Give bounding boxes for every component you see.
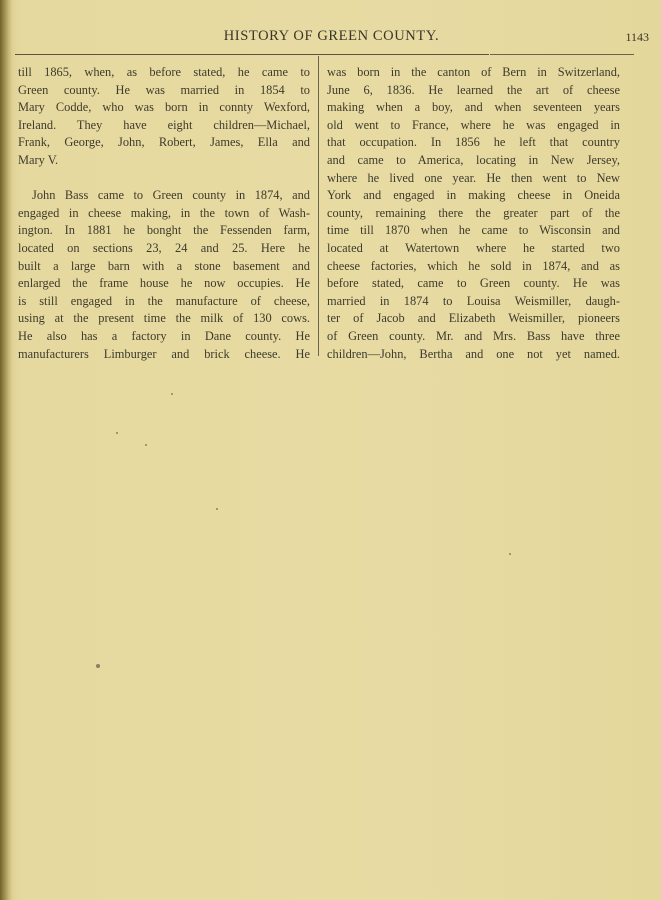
text-line: Mary V. bbox=[18, 152, 310, 170]
text-line: Green county. He was married in 1854 to bbox=[18, 82, 310, 100]
paper-speck bbox=[171, 393, 173, 395]
text-line: Mary Codde, who was born in connty Wexfo… bbox=[18, 99, 310, 117]
text-line: Ireland. They have eight children—Michae… bbox=[18, 117, 310, 135]
right-column: was born in the canton of Bern in Switze… bbox=[327, 64, 620, 363]
paper-speck bbox=[145, 444, 147, 446]
header-rule bbox=[15, 54, 489, 55]
text-line: enlarged the frame house he now occupies… bbox=[18, 275, 310, 293]
paper-speck bbox=[216, 508, 218, 510]
binding-gutter-shadow bbox=[0, 0, 12, 900]
text-line: is still engaged in the manufacture of c… bbox=[18, 293, 310, 311]
text-line: located at Watertown where he started tw… bbox=[327, 240, 620, 258]
text-line: ter of Jacob and Elizabeth Weismiller, p… bbox=[327, 310, 620, 328]
text-line: making when a boy, and when seventeen ye… bbox=[327, 99, 620, 117]
text-line: manufacturers Limburger and brick cheese… bbox=[18, 346, 310, 364]
page-number: 1143 bbox=[625, 30, 649, 45]
text-line: John Bass came to Green county in 1874, … bbox=[18, 187, 310, 205]
paper-speck bbox=[116, 432, 118, 434]
left-column: till 1865, when, as before stated, he ca… bbox=[18, 64, 310, 363]
text-line: located on sections 23, 24 and 25. Here … bbox=[18, 240, 310, 258]
text-line: June 6, 1836. He learned the art of chee… bbox=[327, 82, 620, 100]
text-line: where he lived one year. He then went to… bbox=[327, 170, 620, 188]
header-rule-right bbox=[490, 54, 634, 55]
text-line: that occupation. In 1856 he left that co… bbox=[327, 134, 620, 152]
text-line: county, remaining there the greater part… bbox=[327, 205, 620, 223]
paragraph: till 1865, when, as before stated, he ca… bbox=[18, 64, 310, 170]
text-line: ington. In 1881 he bonght the Fessenden … bbox=[18, 222, 310, 240]
text-line: of Green county. Mr. and Mrs. Bass have … bbox=[327, 328, 620, 346]
paper-speck bbox=[509, 553, 511, 555]
text-line: He also has a factory in Dane county. He bbox=[18, 328, 310, 346]
text-line: and came to America, locating in New Jer… bbox=[327, 152, 620, 170]
text-line: children—John, Bertha and one not yet na… bbox=[327, 346, 620, 364]
text-line: time till 1870 when he came to Wisconsin… bbox=[327, 222, 620, 240]
paper-speck bbox=[96, 664, 100, 668]
running-head: HISTORY OF GREEN COUNTY. 1143 bbox=[0, 28, 661, 50]
paragraph: was born in the canton of Bern in Switze… bbox=[327, 64, 620, 363]
page-title: HISTORY OF GREEN COUNTY. bbox=[160, 28, 503, 45]
text-line: Frank, George, John, Robert, James, Ella… bbox=[18, 134, 310, 152]
text-line: cheese factories, which he sold in 1874,… bbox=[327, 258, 620, 276]
text-line: engaged in cheese making, in the town of… bbox=[18, 205, 310, 223]
text-line: York and engaged in making cheese in One… bbox=[327, 187, 620, 205]
column-divider bbox=[318, 56, 319, 356]
text-line: married in 1874 to Louisa Weismiller, da… bbox=[327, 293, 620, 311]
text-line: before stated, came to Green county. He … bbox=[327, 275, 620, 293]
text-line: using at the present time the milk of 13… bbox=[18, 310, 310, 328]
book-page: HISTORY OF GREEN COUNTY. 1143 till 1865,… bbox=[0, 0, 661, 900]
text-line: till 1865, when, as before stated, he ca… bbox=[18, 64, 310, 82]
text-line: built a large barn with a stone basement… bbox=[18, 258, 310, 276]
text-line: was born in the canton of Bern in Switze… bbox=[327, 64, 620, 82]
paragraph: John Bass came to Green county in 1874, … bbox=[18, 187, 310, 363]
text-line: old went to France, where he was engaged… bbox=[327, 117, 620, 135]
